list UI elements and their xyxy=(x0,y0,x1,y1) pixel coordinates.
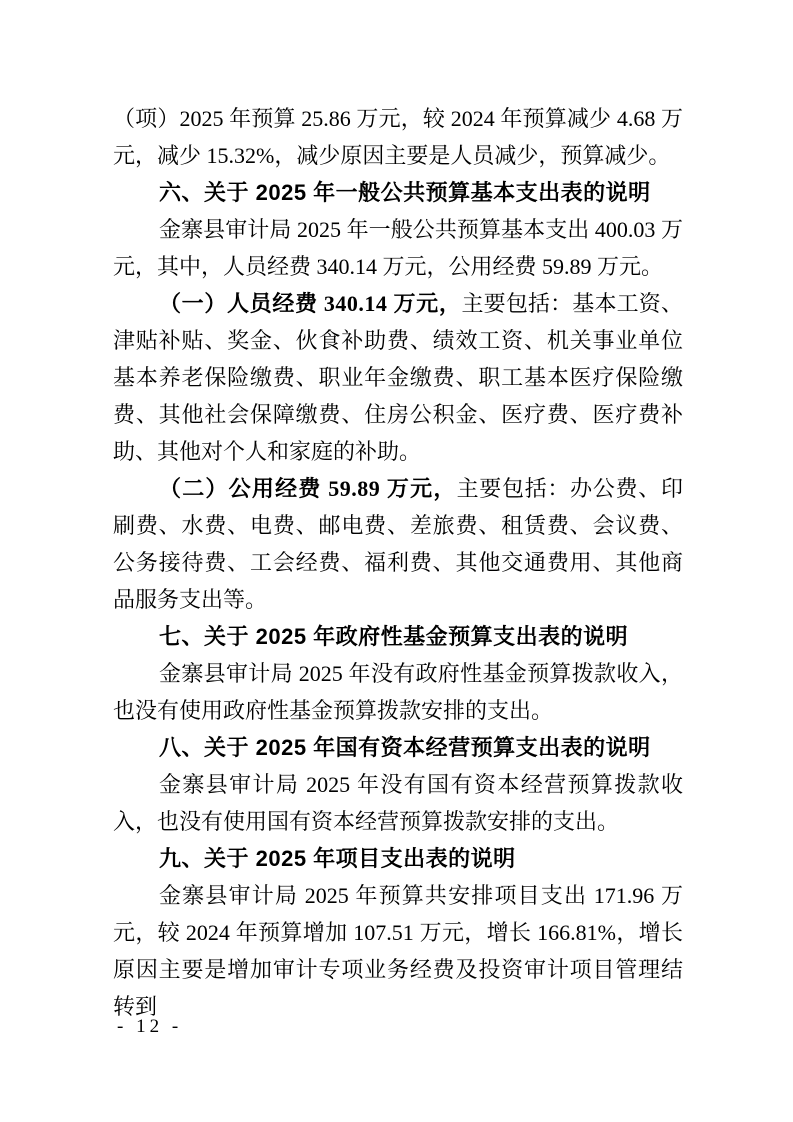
section-heading: 八、关于 2025 年国有资本经营预算支出表的说明 xyxy=(113,729,683,766)
page-number: - 12 - xyxy=(117,1014,182,1040)
paragraph: 金寨县审计局 2025 年没有政府性基金预算拨款收入，也没有使用政府性基金预算拨… xyxy=(113,655,683,729)
paragraph-text: 主要包括：基本工资、津贴补贴、奖金、伙食补助费、绩效工资、机关事业单位基本养老保… xyxy=(113,291,683,464)
paragraph: 金寨县审计局 2025 年没有国有资本经营预算拨款收入，也没有使用国有资本经营预… xyxy=(113,766,683,840)
paragraph: 金寨县审计局 2025 年预算共安排项目支出 171.96 万元，较 2024 … xyxy=(113,877,683,1025)
paragraph: （项）2025 年预算 25.86 万元，较 2024 年预算减少 4.68 万… xyxy=(113,100,683,174)
paragraph-lead-bold: （一）人员经费 340.14 万元， xyxy=(159,291,461,316)
section-heading: 六、关于 2025 年一般公共预算基本支出表的说明 xyxy=(113,174,683,211)
document-body: （项）2025 年预算 25.86 万元，较 2024 年预算减少 4.68 万… xyxy=(113,100,683,1025)
section-heading: 七、关于 2025 年政府性基金预算支出表的说明 xyxy=(113,618,683,655)
paragraph-lead-bold: （二）公用经费 59.89 万元， xyxy=(159,476,457,501)
paragraph: （二）公用经费 59.89 万元，主要包括：办公费、印刷费、水费、电费、邮电费、… xyxy=(113,470,683,618)
paragraph: 金寨县审计局 2025 年一般公共预算基本支出 400.03 万元，其中，人员经… xyxy=(113,211,683,285)
paragraph: （一）人员经费 340.14 万元，主要包括：基本工资、津贴补贴、奖金、伙食补助… xyxy=(113,285,683,470)
section-heading: 九、关于 2025 年项目支出表的说明 xyxy=(113,840,683,877)
